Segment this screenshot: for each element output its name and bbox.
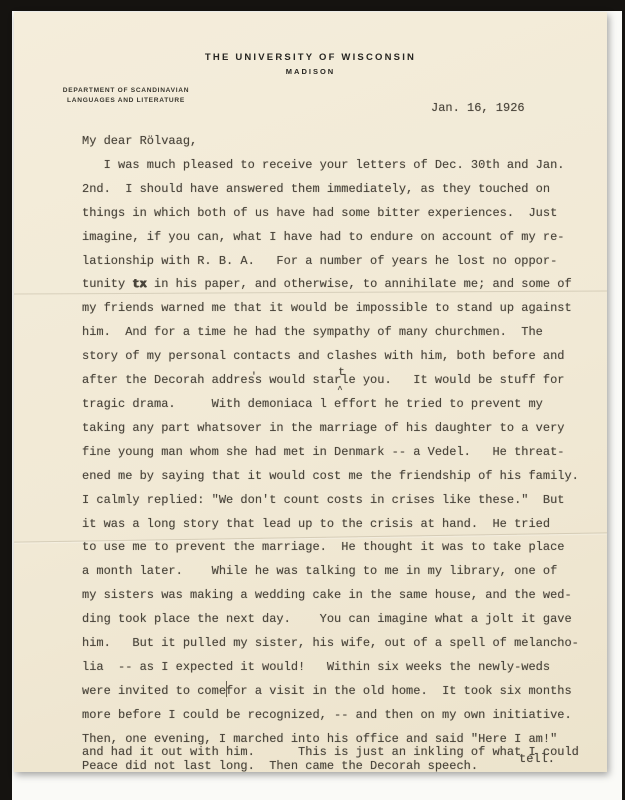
letter-line: ding took place the next day. You can im… bbox=[82, 608, 594, 632]
letter-line-comefor: were invited to comefor a visit in the o… bbox=[82, 680, 594, 704]
letter-line: fine young man whom she had met in Denma… bbox=[82, 441, 594, 465]
line-segment: tunity bbox=[82, 277, 132, 291]
line-segment: after the Decorah addres bbox=[82, 373, 255, 387]
letter-line: 2nd. I should have answered them immedia… bbox=[82, 178, 594, 202]
letter-line-overstrike: tunity tx in his paper, and otherwise, t… bbox=[82, 273, 594, 297]
letter-line: ened me by saying that it would cost me … bbox=[82, 465, 594, 489]
letterhead-city: MADISON bbox=[14, 67, 607, 76]
stray-apostrophe-mark: ' bbox=[251, 366, 257, 390]
line-segment: s would star bbox=[255, 373, 341, 387]
letter-line: it was a long story that lead up to the … bbox=[82, 513, 594, 537]
letter-line: imagine, if you can, what I have had to … bbox=[82, 226, 594, 250]
department-line-1: DEPARTMENT OF SCANDINAVIAN bbox=[56, 86, 196, 96]
letterhead-department: DEPARTMENT OF SCANDINAVIAN LANGUAGES AND… bbox=[56, 86, 196, 105]
scanned-letter: THE UNIVERSITY OF WISCONSIN MADISON DEPA… bbox=[0, 0, 625, 800]
letter-line: Peace did not last long. Then came the D… bbox=[82, 759, 594, 773]
line-segment: le you. It would be stuff for bbox=[341, 373, 564, 387]
letter-tail-block: and had it out with him. This is just an… bbox=[82, 745, 594, 774]
overflow-word: tell. bbox=[519, 752, 555, 766]
department-line-2: LANGUAGES AND LITERATURE bbox=[56, 96, 196, 106]
letter-page: THE UNIVERSITY OF WISCONSIN MADISON DEPA… bbox=[14, 12, 607, 772]
line-segment: in his paper, and otherwise, to annihila… bbox=[147, 277, 572, 291]
line-segment: for a visit in the old home. It took six… bbox=[226, 684, 572, 698]
letter-line: I calmly replied: "We don't count costs … bbox=[82, 489, 594, 513]
letter-line: more before I could be recognized, -- an… bbox=[82, 704, 594, 728]
caret-mark: ^ bbox=[337, 379, 342, 403]
letter-line: taking any part whatsover in the marriag… bbox=[82, 417, 594, 441]
letter-line: My dear Rölvaag, bbox=[82, 130, 594, 154]
overstruck-text: tx bbox=[132, 277, 146, 291]
letter-line: lia -- as I expected it would! Within si… bbox=[82, 656, 594, 680]
letter-body: My dear Rölvaag, I was much pleased to r… bbox=[82, 130, 594, 752]
letter-line: things in which both of us have had some… bbox=[82, 202, 594, 226]
letter-line: to use me to prevent the marriage. He th… bbox=[82, 536, 594, 560]
letter-line: and had it out with him. This is just an… bbox=[82, 745, 594, 759]
letter-line: him. And for a time he had the sympathy … bbox=[82, 321, 594, 345]
letter-line: I was much pleased to receive your lette… bbox=[82, 154, 594, 178]
date-line: Jan. 16, 1926 bbox=[431, 101, 525, 115]
letter-line: him. But it pulled my sister, his wife, … bbox=[82, 632, 594, 656]
letter-line-startle: after the Decorah addres's would start^l… bbox=[82, 369, 594, 393]
letterhead-university: THE UNIVERSITY OF WISCONSIN bbox=[14, 52, 607, 63]
letter-line: my sisters was making a wedding cake in … bbox=[82, 584, 594, 608]
letter-line: a month later. While he was talking to m… bbox=[82, 560, 594, 584]
letter-line: lationship with R. B. A. For a number of… bbox=[82, 250, 594, 274]
line-segment: were invited to come bbox=[82, 684, 226, 698]
letter-line: my friends warned me that it would be im… bbox=[82, 297, 594, 321]
